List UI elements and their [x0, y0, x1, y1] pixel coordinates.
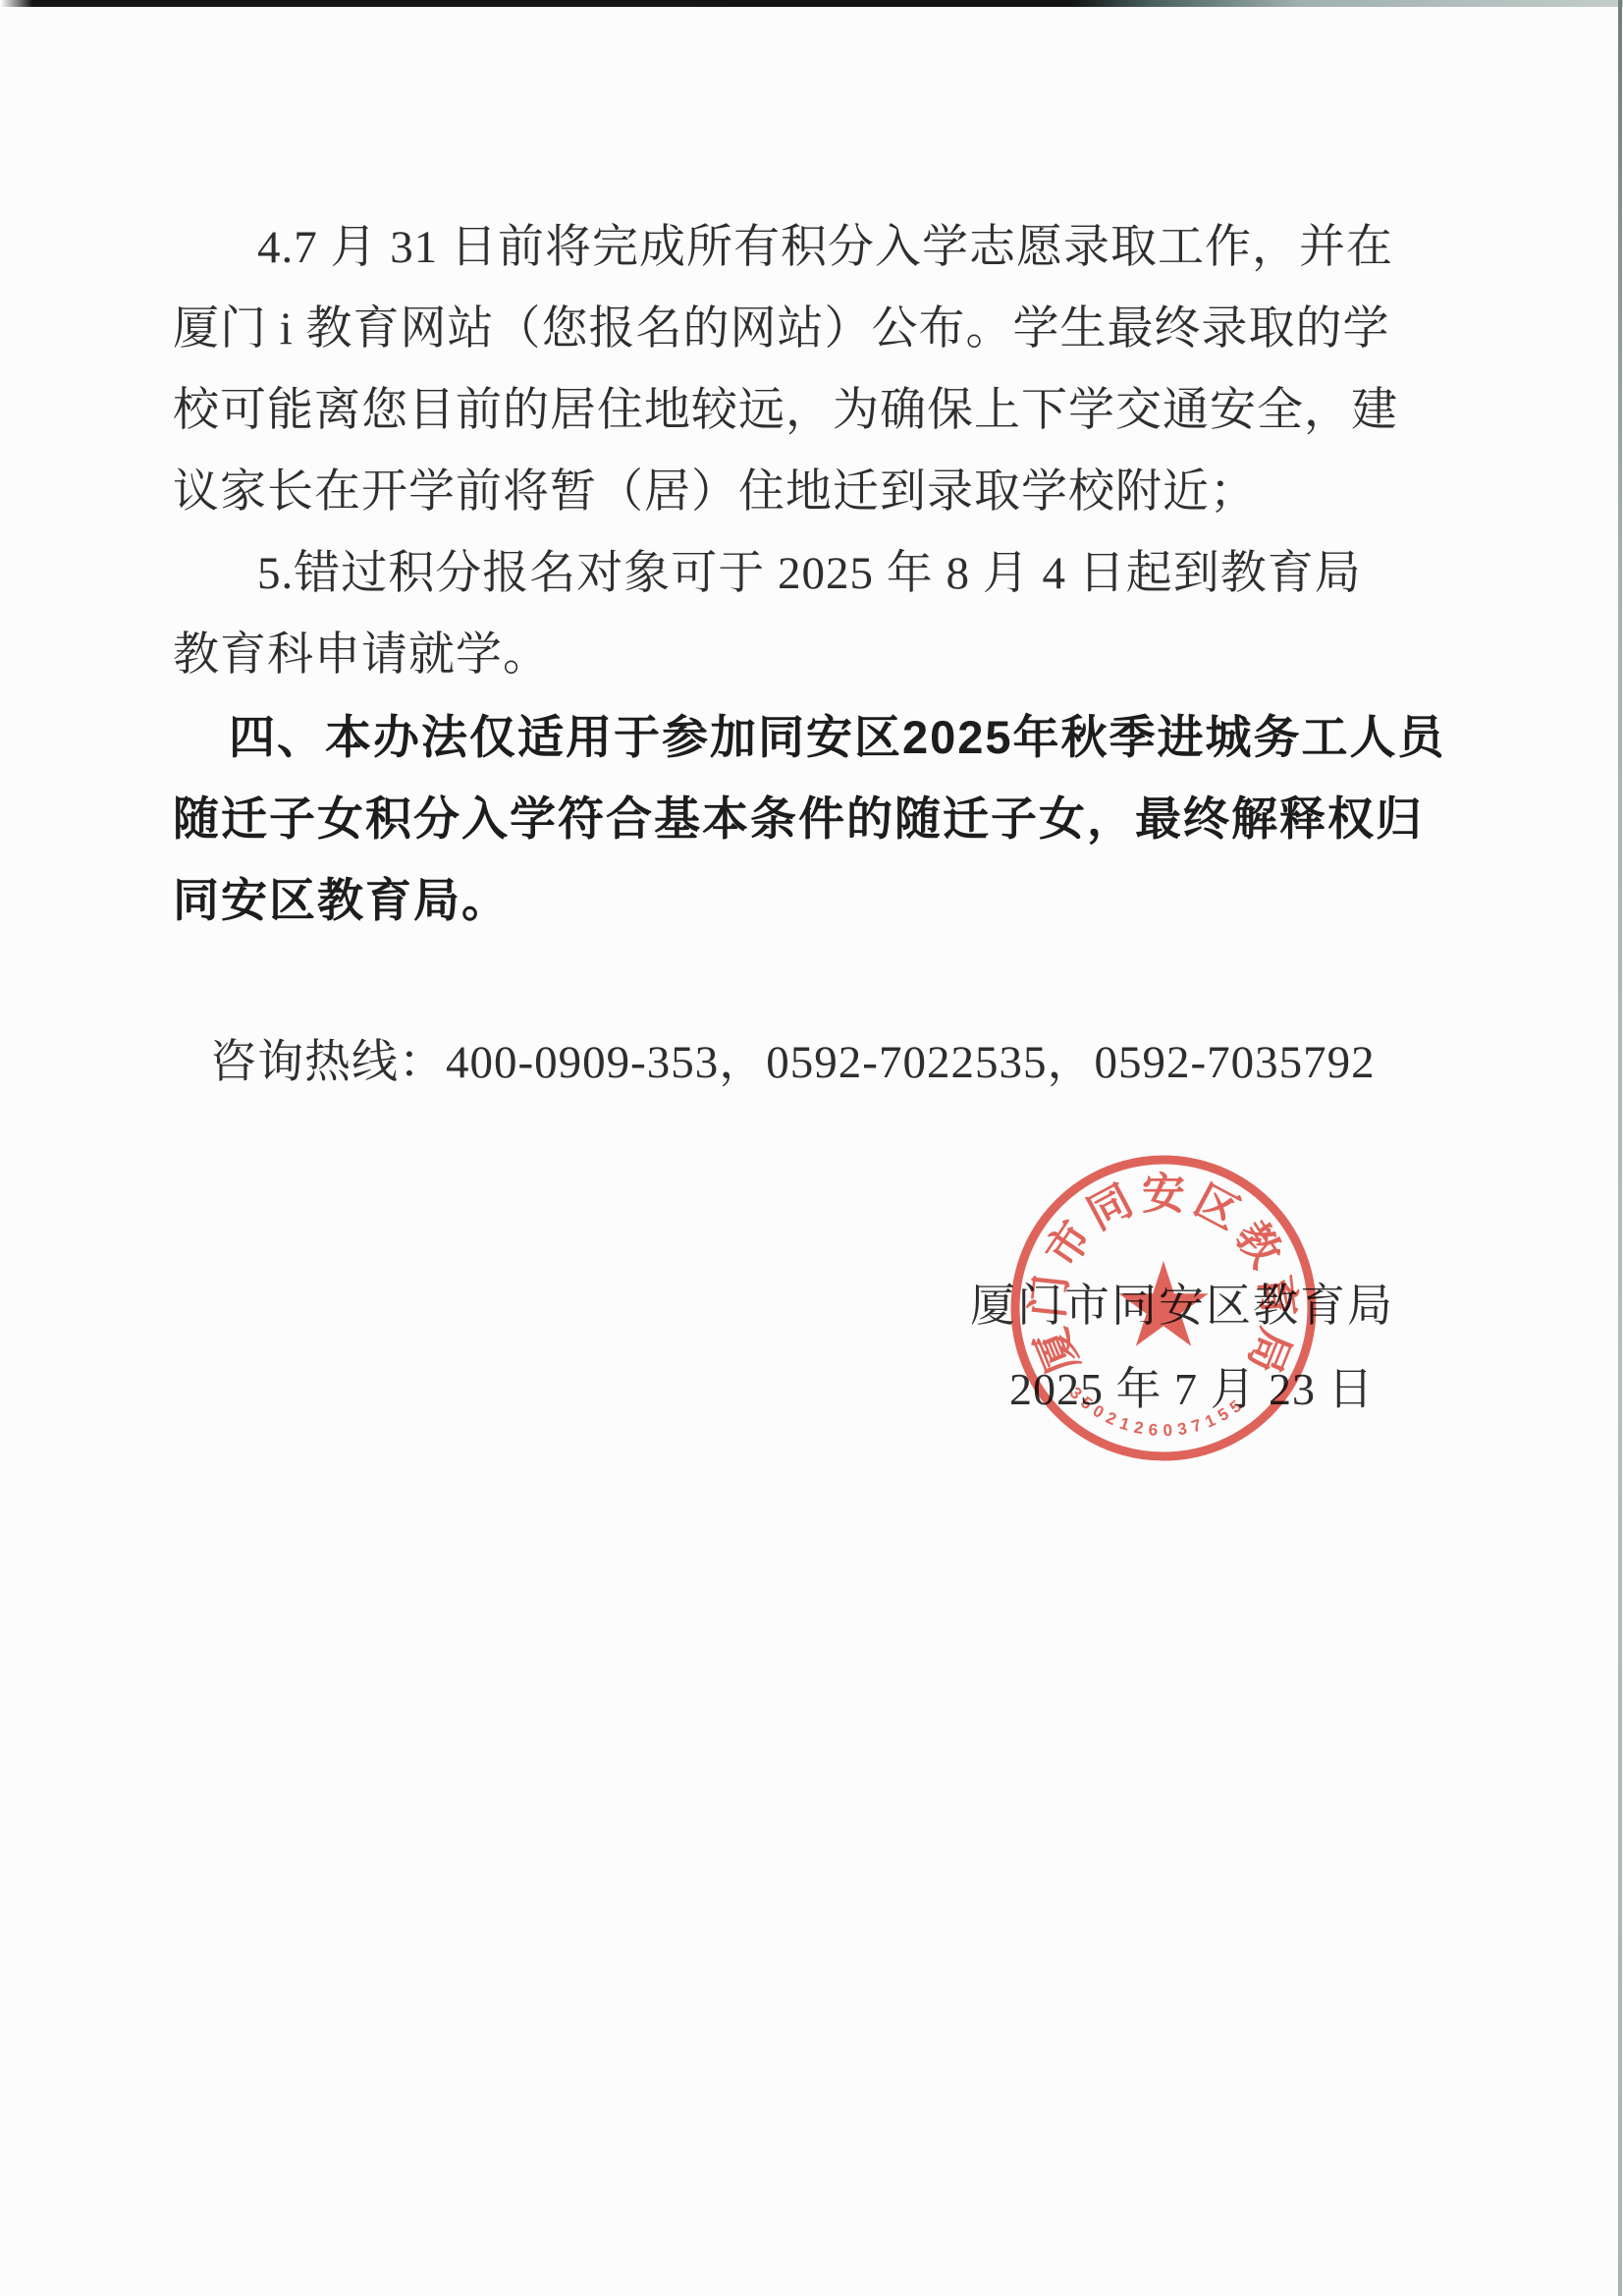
section-4-line: 随迁子女积分入学符合基本条件的随迁子女，最终解释权归 [173, 778, 1475, 859]
svg-text:厦: 厦 [1028, 1322, 1089, 1380]
blank-line [173, 941, 1475, 1022]
document-page: 4.7 月 31 日前将完成所有积分入学志愿录取工作，并在 厦门 i 教育网站（… [0, 0, 1623, 2296]
scan-edge-right-artifact [1618, 0, 1622, 2296]
scan-edge-top-artifact [0, 0, 1623, 7]
official-seal: 厦 门 市 同 安 区 教 育 局 3502126037155 [1006, 1151, 1321, 1465]
section-4-line: 四、本办法仅适用于参加同安区2025年秋季进城务工人员 [173, 696, 1475, 778]
paragraph-5-line: 教育科申请就学。 [173, 615, 1475, 696]
svg-text:同: 同 [1080, 1176, 1141, 1239]
paragraph-5-line: 5.错过积分报名对象可于 2025 年 8 月 4 日起到教育局 [173, 533, 1475, 615]
svg-text:育: 育 [1251, 1272, 1303, 1320]
paragraph-4-line: 议家长在开学前将暂（居）住地迁到录取学校附近； [173, 452, 1475, 533]
svg-text:门: 门 [1024, 1272, 1076, 1320]
paragraph-4-line: 校可能离您目前的居住地较远，为确保上下学交通安全，建 [173, 370, 1475, 452]
svg-text:局: 局 [1239, 1322, 1300, 1380]
body-text: 4.7 月 31 日前将完成所有积分入学志愿录取工作，并在 厦门 i 教育网站（… [173, 207, 1475, 1104]
paragraph-4-line: 厦门 i 教育网站（您报名的网站）公布。学生最终录取的学 [173, 289, 1475, 370]
svg-text:区: 区 [1186, 1176, 1247, 1239]
paragraph-4-line: 4.7 月 31 日前将完成所有积分入学志愿录取工作，并在 [173, 207, 1475, 289]
seal-star-icon [1118, 1261, 1208, 1346]
hotline-text: 咨询热线：400-0909-353，0592-7022535，0592-7035… [173, 1022, 1475, 1104]
seal-serial-number: 3502126037155 [1066, 1384, 1250, 1441]
section-4-line: 同安区教育局。 [173, 859, 1475, 941]
svg-text:安: 安 [1142, 1171, 1185, 1219]
